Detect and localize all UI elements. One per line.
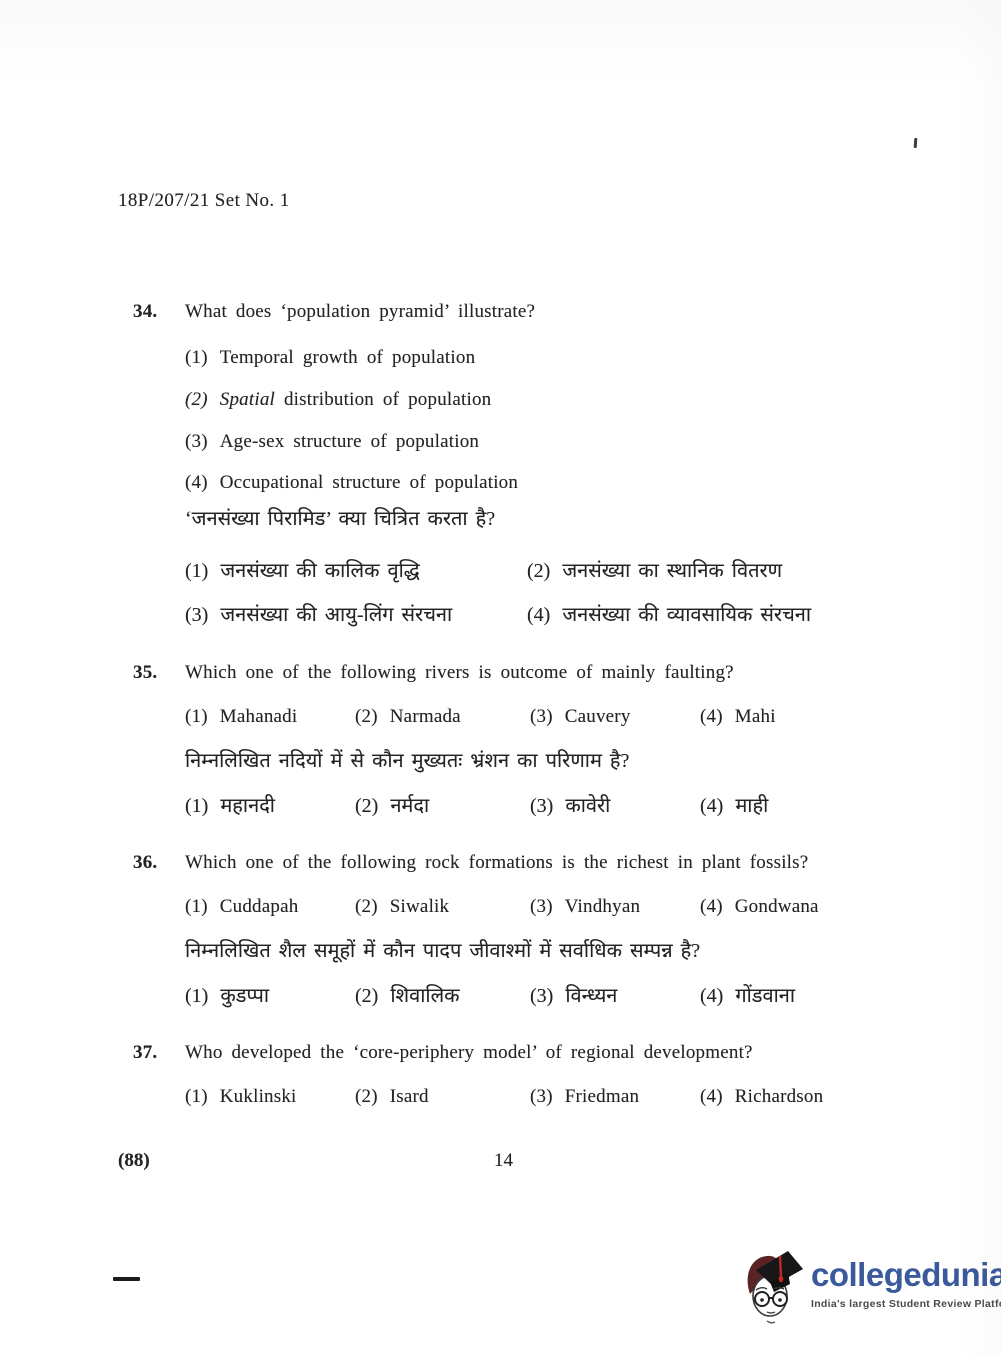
q37-option-4-text: Richardson — [735, 1086, 824, 1107]
q34-option-4-hi: (4)जनसंख्या की व्यावसायिक संरचना — [527, 600, 811, 627]
q36-hi-option-3-text: विन्ध्यन — [565, 985, 617, 1007]
q36-option-1-num: (1) — [185, 896, 208, 917]
question-36-text-en: Which one of the following rock formatio… — [185, 852, 808, 874]
q37-option-2-num: (2) — [355, 1086, 378, 1107]
q34-option-2-num: (2) — [185, 389, 208, 410]
question-36-text-hi: निम्नलिखित शैल समूहों में कौन पादप जीवाश… — [185, 936, 700, 963]
question-37-text-en: Who developed the ‘core-periphery model’… — [185, 1042, 753, 1064]
collegedunia-tagline: India's largest Student Review Platform — [811, 1298, 1001, 1310]
q34-option-3-text: Age-sex structure of population — [220, 431, 479, 452]
q35-option-1-text: Mahanadi — [220, 706, 298, 727]
collegedunia-logo: collegedunia .com India's largest Studen… — [743, 1244, 1001, 1329]
q34-option-2-text: distribution of population — [284, 389, 491, 410]
q36-hi-option-3-num: (3) — [530, 985, 553, 1007]
q36-option-3-num: (3) — [530, 896, 553, 917]
q34-option-4-text: Occupational structure of population — [220, 472, 518, 493]
q36-option-2-num: (2) — [355, 896, 378, 917]
q36-hi-option-1-text: कुडप्पा — [220, 985, 269, 1007]
q34-hi-option-4-num: (4) — [527, 604, 550, 626]
q37-option-3-num: (3) — [530, 1086, 553, 1107]
q36-hi-option-2-num: (2) — [355, 985, 378, 1007]
q36-hi-option-1-num: (1) — [185, 985, 208, 1007]
question-35-text-hi: निम्नलिखित नदियों में से कौन मुख्यतः भ्र… — [185, 746, 629, 773]
q36-hi-option-4-num: (4) — [700, 985, 723, 1007]
q37-option-1-en: (1)Kuklinski — [185, 1086, 297, 1108]
q35-hi-option-2-text: नर्मदा — [390, 795, 429, 817]
q37-option-1-text: Kuklinski — [220, 1086, 297, 1107]
question-37: 37. Who developed the ‘core-periphery mo… — [133, 1042, 753, 1064]
q35-option-2-text: Narmada — [390, 706, 461, 727]
q35-option-1-num: (1) — [185, 706, 208, 727]
q34-option-1-hi: (1)जनसंख्या की कालिक वृद्धि — [185, 556, 420, 583]
exam-code: 18P/207/21 Set No. 1 — [118, 190, 290, 212]
q35-option-3-num: (3) — [530, 706, 553, 727]
q35-option-1-en: (1)Mahanadi — [185, 706, 297, 728]
q36-option-1-en: (1)Cuddapah — [185, 896, 298, 918]
q34-hi-option-3-num: (3) — [185, 604, 208, 626]
q35-option-3-text: Cauvery — [565, 706, 631, 727]
q36-option-3-en: (3)Vindhyan — [530, 896, 640, 918]
q35-option-3-hi: (3)कावेरी — [530, 791, 610, 818]
q36-option-3-hi: (3)विन्ध्यन — [530, 981, 617, 1008]
q35-option-4-text: Mahi — [735, 706, 776, 727]
question-34: 34. What does ‘population pyramid’ illus… — [133, 301, 535, 323]
q36-option-2-hi: (2)शिवालिक — [355, 981, 460, 1008]
q34-option-1-num: (1) — [185, 347, 208, 368]
q35-option-3-en: (3)Cauvery — [530, 706, 631, 728]
question-34-text-hi: ‘जनसंख्या पिरामिड’ क्या चित्रित करता है? — [185, 504, 495, 531]
q35-option-1-hi: (1)महानदी — [185, 791, 275, 818]
q36-option-3-text: Vindhyan — [565, 896, 640, 917]
q34-hi-option-3-text: जनसंख्या की आयु-लिंग संरचना — [220, 604, 452, 626]
collegedunia-mascot-icon — [743, 1244, 805, 1329]
q34-option-2-italic-word: Spatial — [220, 389, 275, 410]
q34-hi-option-1-num: (1) — [185, 560, 208, 582]
q35-option-4-hi: (4)माही — [700, 791, 768, 818]
q35-option-2-num: (2) — [355, 706, 378, 727]
scan-dash-mark — [113, 1277, 140, 1281]
q37-option-2-text: Isard — [390, 1086, 429, 1107]
q34-hi-option-2-num: (2) — [527, 560, 550, 582]
q35-option-4-en: (4)Mahi — [700, 706, 776, 728]
q34-option-2-en: (2)Spatial distribution of population — [185, 389, 491, 411]
q35-hi-option-3-num: (3) — [530, 795, 553, 817]
q36-option-2-en: (2)Siwalik — [355, 896, 449, 918]
question-35-text-en: Which one of the following rivers is out… — [185, 662, 734, 684]
q35-hi-option-1-num: (1) — [185, 795, 208, 817]
q34-hi-option-4-text: जनसंख्या की व्यावसायिक संरचना — [562, 604, 811, 626]
q37-option-3-text: Friedman — [565, 1086, 639, 1107]
q37-option-4-num: (4) — [700, 1086, 723, 1107]
question-36: 36. Which one of the following rock form… — [133, 852, 808, 874]
q34-option-4-en: (4)Occupational structure of population — [185, 472, 518, 494]
q35-hi-option-4-num: (4) — [700, 795, 723, 817]
q37-option-3-en: (3)Friedman — [530, 1086, 639, 1108]
collegedunia-logo-text: collegedunia .com India's largest Studen… — [811, 1244, 1001, 1310]
q34-hi-option-1-text: जनसंख्या की कालिक वृद्धि — [220, 560, 419, 582]
q34-option-1-en: (1)Temporal growth of population — [185, 347, 475, 369]
q34-option-3-num: (3) — [185, 431, 208, 452]
question-35-number: 35. — [133, 662, 185, 684]
collegedunia-brand-text: collegedunia — [811, 1258, 1001, 1291]
q34-option-3-en: (3)Age-sex structure of population — [185, 431, 479, 453]
q35-option-2-hi: (2)नर्मदा — [355, 791, 429, 818]
question-34-text-en: What does ‘population pyramid’ illustrat… — [185, 301, 535, 323]
q36-hi-option-4-text: गोंडवाना — [735, 985, 795, 1007]
question-35: 35. Which one of the following rivers is… — [133, 662, 734, 684]
q37-option-2-en: (2)Isard — [355, 1086, 429, 1108]
scan-artifact-tick — [914, 138, 918, 148]
q34-option-1-text: Temporal growth of population — [220, 347, 476, 368]
q34-hi-option-2-text: जनसंख्या का स्थानिक वितरण — [562, 560, 782, 582]
q36-option-2-text: Siwalik — [390, 896, 449, 917]
scanned-exam-page: 18P/207/21 Set No. 1 34. What does ‘popu… — [0, 0, 1001, 1356]
q36-option-4-text: Gondwana — [735, 896, 819, 917]
q35-hi-option-4-text: माही — [735, 795, 768, 817]
q36-option-4-en: (4)Gondwana — [700, 896, 819, 918]
question-34-number: 34. — [133, 301, 185, 323]
q35-option-2-en: (2)Narmada — [355, 706, 461, 728]
q35-option-4-num: (4) — [700, 706, 723, 727]
q35-hi-option-3-text: कावेरी — [565, 795, 610, 817]
q36-option-4-hi: (4)गोंडवाना — [700, 981, 795, 1008]
page-number: 14 — [494, 1150, 513, 1172]
q37-option-1-num: (1) — [185, 1086, 208, 1107]
q34-option-3-hi: (3)जनसंख्या की आयु-लिंग संरचना — [185, 600, 452, 627]
q35-hi-option-1-text: महानदी — [220, 795, 275, 817]
q36-hi-option-2-text: शिवालिक — [390, 985, 459, 1007]
q37-option-4-en: (4)Richardson — [700, 1086, 823, 1108]
q36-option-1-text: Cuddapah — [220, 896, 299, 917]
q34-option-4-num: (4) — [185, 472, 208, 493]
q36-option-1-hi: (1)कुडप्पा — [185, 981, 269, 1008]
question-37-number: 37. — [133, 1042, 185, 1064]
q35-hi-option-2-num: (2) — [355, 795, 378, 817]
question-36-number: 36. — [133, 852, 185, 874]
q36-option-4-num: (4) — [700, 896, 723, 917]
q34-option-2-hi: (2)जनसंख्या का स्थानिक वितरण — [527, 556, 782, 583]
booklet-code: (88) — [118, 1150, 150, 1172]
